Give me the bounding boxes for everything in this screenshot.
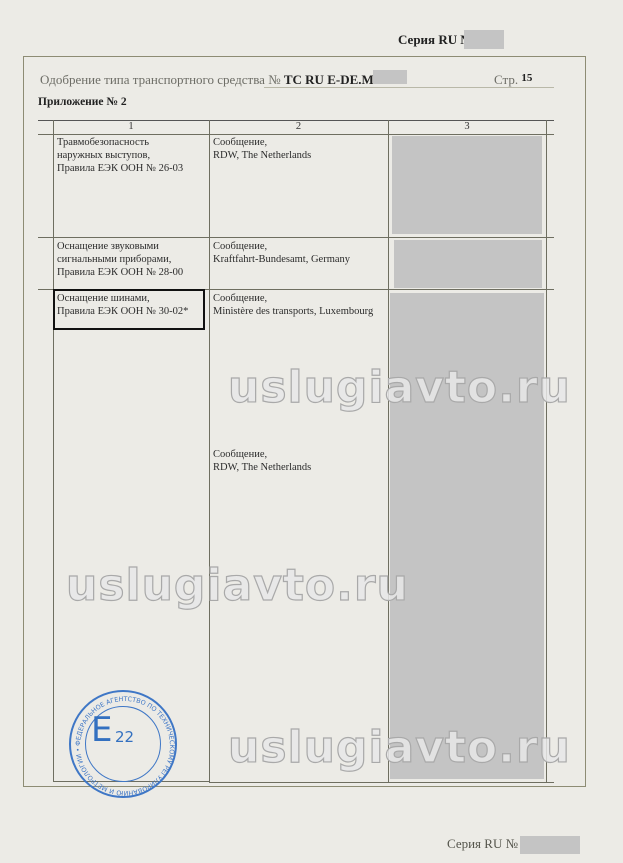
approval-label: Одобрение типа транспортного средства №: [40, 72, 281, 87]
stamp-number: 22: [115, 728, 134, 746]
table-row-1-redacted: [392, 136, 542, 234]
table-row-2-redacted: [394, 240, 542, 288]
watermark: uslugiavto.ru: [228, 722, 571, 773]
column-header-3: 3: [388, 121, 546, 132]
page-number: 15: [521, 72, 532, 84]
approval-line: Одобрение типа транспортного средства № …: [40, 72, 399, 88]
table-row-3-authority-2: Сообщение,RDW, The Netherlands: [213, 448, 311, 474]
series-label: Серия RU №: [398, 32, 473, 47]
highlight-box: [53, 289, 205, 330]
appendix-title: Приложение № 2: [38, 96, 127, 108]
table-row-2-authority: Сообщение,Kraftfahrt-Bundesamt, Germany: [213, 240, 350, 266]
series-number-bottom: Серия RU №: [447, 836, 518, 852]
redacted-series-number: [464, 30, 504, 49]
table-row-1-authority: Сообщение,RDW, The Netherlands: [213, 136, 311, 162]
official-stamp: ФЕДЕРАЛЬНОЕ АГЕНТСТВО ПО ТЕХНИЧЕСКОМУ РЕ…: [69, 690, 177, 798]
series-number-top: Серия RU №: [398, 32, 473, 48]
watermark: uslugiavto.ru: [66, 560, 409, 611]
table-row-3-authority: Сообщение,Ministère des transports, Luxe…: [213, 292, 373, 318]
column-header-1: 1: [53, 121, 209, 132]
column-header-2: 2: [209, 121, 388, 132]
redacted-series-number-bottom: [520, 836, 580, 854]
page-label: Стр.: [494, 72, 518, 87]
redacted-approval-suffix: [373, 70, 407, 84]
table-row-1-regulation: Травмобезопасностьнаружных выступов,Прав…: [57, 136, 183, 175]
watermark: uslugiavto.ru: [228, 362, 571, 413]
table-row-2-regulation: Оснащение звуковымисигнальными приборами…: [57, 240, 183, 279]
page-indicator: Стр. 15: [494, 72, 532, 88]
stamp-mark: E: [91, 710, 112, 750]
